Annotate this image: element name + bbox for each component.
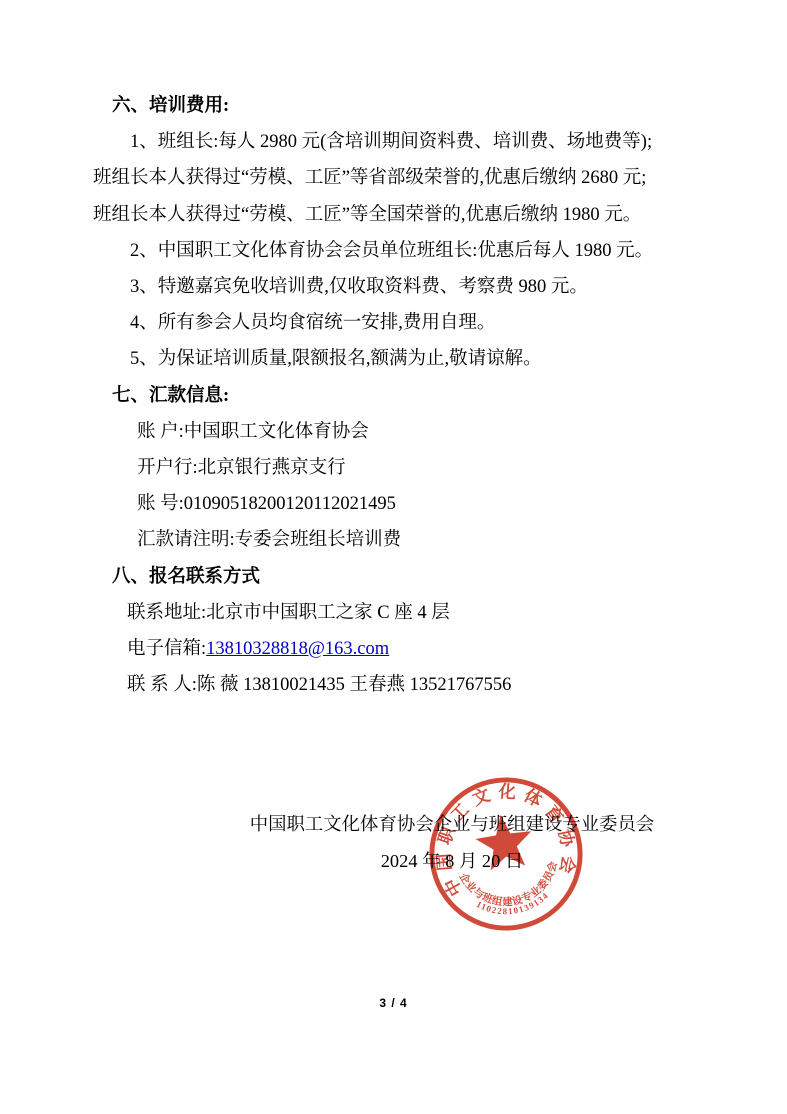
contact-email-label: 电子信箱: (127, 639, 206, 659)
contact-address: 联系地址:北京市中国职工之家 C 座 4 层 (93, 595, 697, 631)
section-heading-contact: 八、报名联系方式 (93, 559, 697, 595)
page-number: 3 / 4 (0, 996, 787, 1010)
fees-item-3: 3、特邀嘉宾免收培训费,仅收取资料费、考察费 980 元。 (93, 269, 697, 305)
section-heading-remittance: 七、汇款信息: (93, 378, 697, 414)
remittance-bank: 开户行:北京银行燕京支行 (93, 450, 697, 486)
fees-item-2: 2、中国职工文化体育协会会员单位班组长:优惠后每人 1980 元。 (93, 233, 697, 269)
seal-number: 11022810139134 (474, 889, 553, 921)
signature-date: 2024 年 8 月 20 日 (127, 843, 777, 880)
signature-block: 中国职工文化体育协会企业与班组建设专业委员会 2024 年 8 月 20 日 (127, 806, 777, 879)
section-heading-fees: 六、培训费用: (93, 88, 697, 124)
fees-item-4: 4、所有参会人员均食宿统一安排,费用自理。 (93, 305, 697, 341)
contact-email-line: 电子信箱:13810328818@163.com (93, 631, 697, 667)
fees-item-1-line-1: 1、班组长:每人 2980 元(含培训期间资料费、培训费、场地费等); (93, 124, 697, 160)
remittance-account-number: 账 号:01090518200120112021495 (93, 486, 697, 522)
email-link[interactable]: 13810328818@163.com (206, 639, 389, 659)
fees-item-1-line-2: 班组长本人获得过“劳模、工匠”等省部级荣誉的,优惠后缴纳 2680 元; (93, 160, 697, 196)
fees-item-1-line-3: 班组长本人获得过“劳模、工匠”等全国荣誉的,优惠后缴纳 1980 元。 (93, 197, 697, 233)
remittance-memo: 汇款请注明:专委会班组长培训费 (93, 522, 697, 558)
document-page: 六、培训费用: 1、班组长:每人 2980 元(含培训期间资料费、培训费、场地费… (0, 0, 787, 1114)
contact-persons: 联 系 人:陈 薇 13810021435 王春燕 13521767556 (93, 667, 697, 703)
document-body: 六、培训费用: 1、班组长:每人 2980 元(含培训期间资料费、培训费、场地费… (93, 88, 697, 703)
fees-item-5: 5、为保证培训质量,限额报名,额满为止,敬请谅解。 (93, 341, 697, 377)
remittance-account-name: 账 户:中国职工文化体育协会 (93, 414, 697, 450)
signature-organization: 中国职工文化体育协会企业与班组建设专业委员会 (127, 806, 777, 843)
